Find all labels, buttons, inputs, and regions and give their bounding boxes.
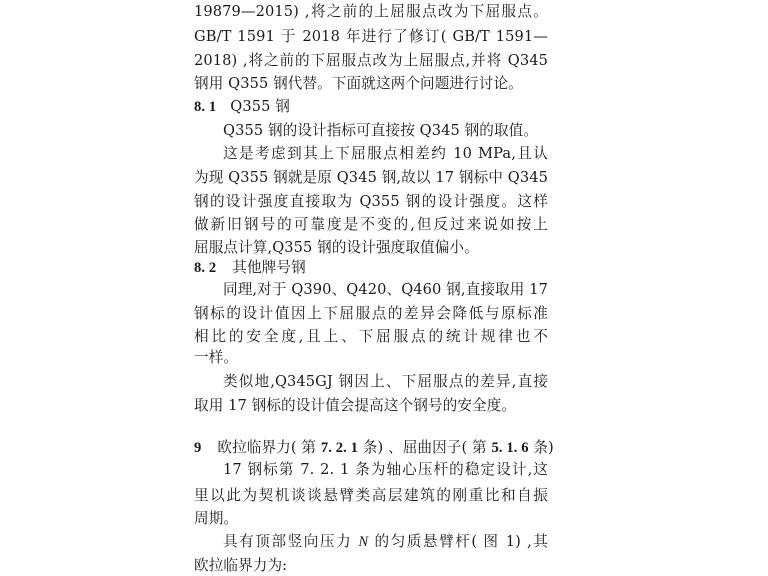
section-heading-8-1: 8. 1Q355 钢 (194, 95, 548, 119)
text-line: 钢标的设计值因上下屈服点的差异会降低与原标准 (194, 302, 548, 326)
section-title-part: 欧拉临界力( 第 (217, 439, 320, 456)
text-line: 做新旧钢号的可靠度是不变的,但反过来说如按上 (194, 213, 548, 237)
section-number: 8. 2 (194, 256, 216, 280)
text-line: 类似地,Q345GJ 钢因上、下屈服点的差异,直接 (223, 370, 548, 394)
text-line: 周期。 (194, 507, 548, 531)
text-line: 钢的设计强度直接取为 Q355 钢的设计强度。这样 (194, 190, 548, 214)
text-line: 为现 Q355 钢就是原 Q345 钢,故以 17 钢标中 Q345 (194, 166, 548, 190)
section-title-part: 条) (529, 439, 554, 456)
text-line: 具有顶部竖向压力 N 的匀质悬臂杆( 图 1) ,其 (223, 530, 548, 554)
section-heading-9: 9欧拉临界力( 第 7. 2. 1 条) 、屈曲因子( 第 5. 1. 6 条) (194, 436, 548, 460)
clause-reference: 7. 2. 1 (321, 440, 358, 456)
text-line: 欧拉临界力为: (194, 554, 548, 576)
section-number: 9 (194, 436, 201, 460)
clause-reference: 5. 1. 6 (491, 440, 528, 456)
text-line: 钢用 Q355 钢代替。下面就这两个问题进行讨论。 (194, 72, 548, 96)
section-title: 其他牌号钢 (232, 259, 305, 276)
variable-n: N (358, 534, 368, 550)
text-line: Q355 钢的设计指标可直接按 Q345 钢的取值。 (223, 119, 548, 143)
section-number: 8. 1 (194, 95, 216, 119)
text-line: 取用 17 钢标的设计值会提高这个钢号的安全度。 (194, 394, 548, 418)
text-line: 同理,对于 Q390、Q420、Q460 钢,直接取用 17 (223, 278, 548, 302)
text-line: 17 钢标第 7. 2. 1 条为轴心压杆的稳定设计,这 (223, 458, 548, 482)
text-line: 这是考虑到其上下屈服点相差约 10 MPa,且认 (223, 142, 548, 166)
text-line: GB/T 1591 于 2018 年进行了修订( GB/T 1591— (194, 25, 548, 49)
text-fragment: 的匀质悬臂杆( 图 1) ,其 (368, 533, 548, 550)
text-line: 里以此为契机谈谈悬臂类高层建筑的刚重比和自振 (194, 484, 548, 508)
section-title: Q355 钢 (230, 98, 290, 115)
text-line: 2018) ,将之前的下屈服点改为上屈服点,并将 Q345 (194, 49, 548, 73)
section-title-part: 条) 、屈曲因子( 第 (358, 439, 491, 456)
text-fragment: 具有顶部竖向压力 (223, 533, 358, 550)
text-line: 一样。 (194, 346, 548, 370)
section-heading-8-2: 8. 2其他牌号钢 (194, 256, 548, 280)
text-line: 19879—2015) ,将之前的上屈服点改为下屈服点。 (194, 0, 548, 24)
